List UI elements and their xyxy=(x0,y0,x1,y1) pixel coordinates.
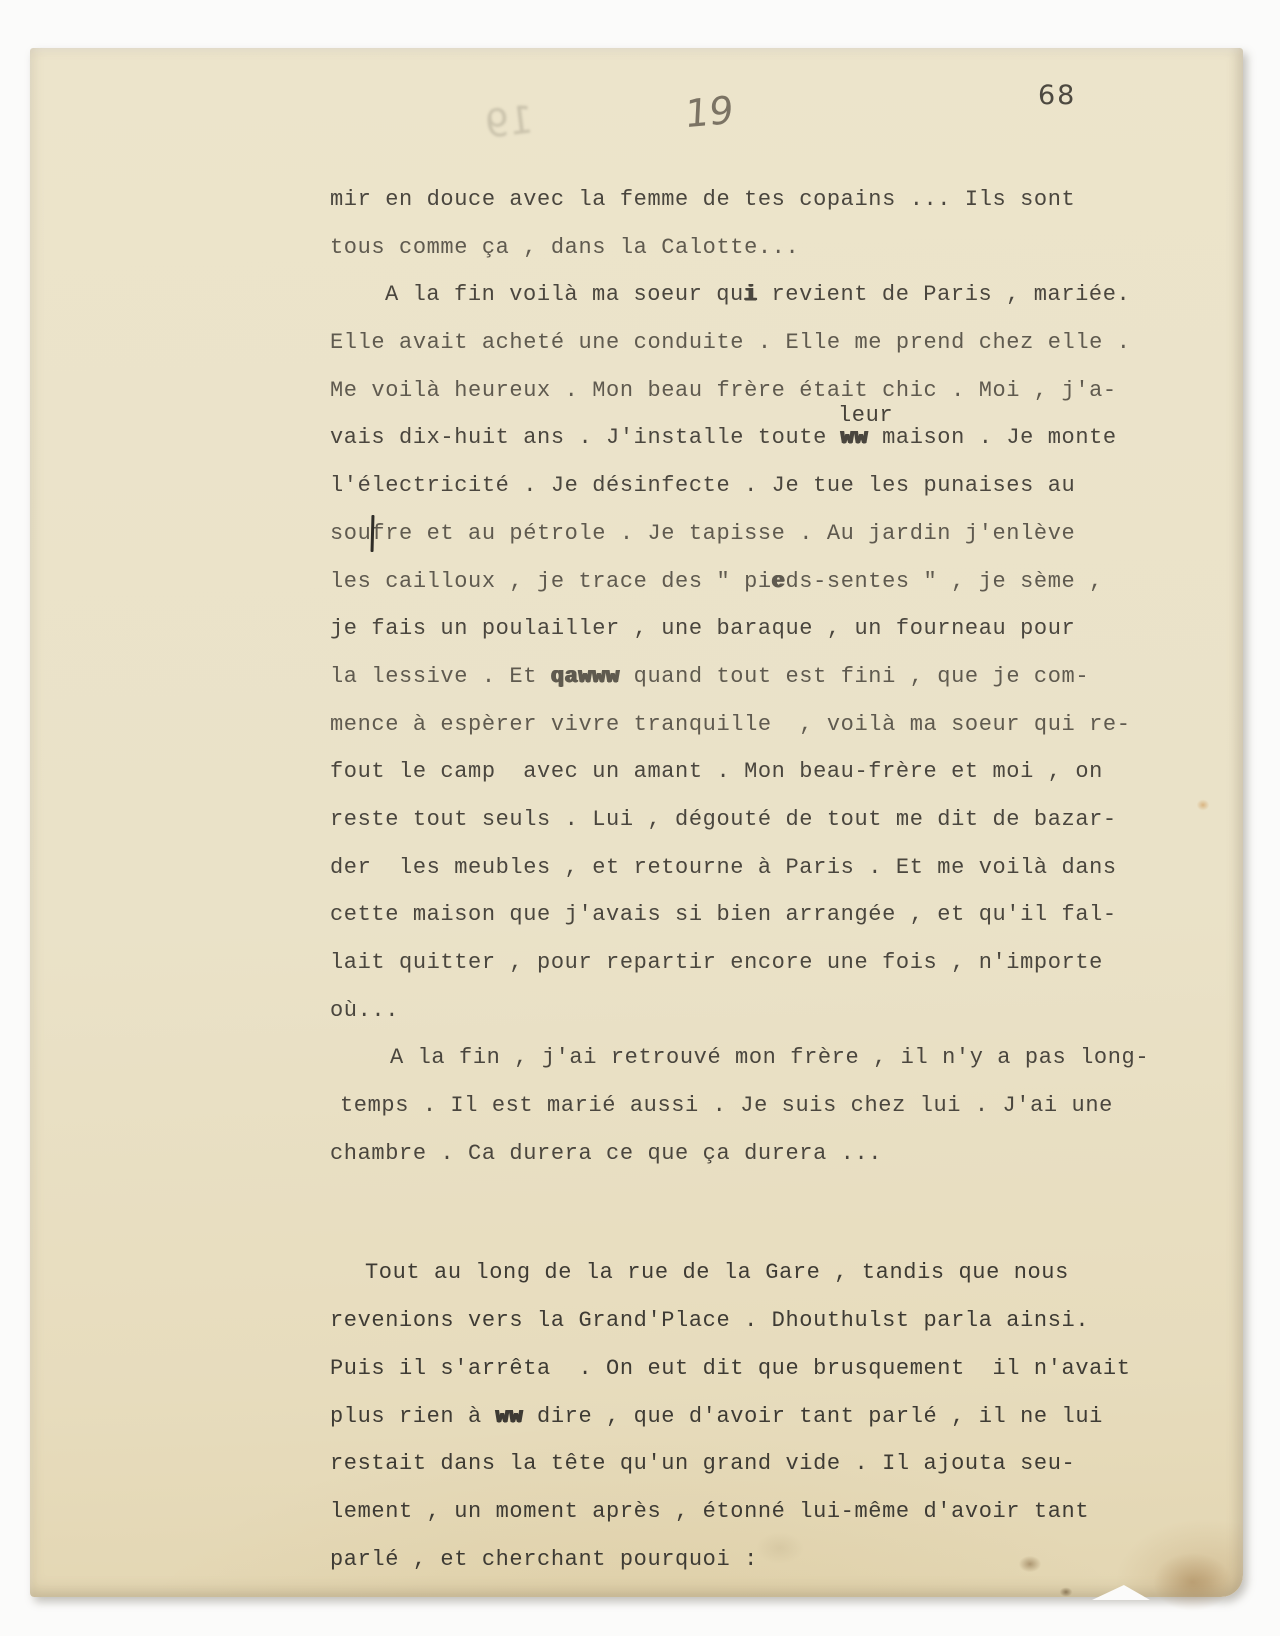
typed-line: vais dix-huit ans . J'installe toute ww … xyxy=(330,414,1240,462)
typed-text: Elle avait acheté une conduite . Elle me… xyxy=(330,330,1131,355)
typed-text: Me voilà heureux . Mon beau frère était … xyxy=(330,378,1117,403)
overstruck-text: ww xyxy=(841,425,869,450)
scanner-background: { "page": { "typed_page_number": "68", "… xyxy=(0,0,1280,1636)
handwritten-insertion: leur xyxy=(838,403,893,428)
paragraph: mir en douce avec la femme de tes copain… xyxy=(330,176,1240,1177)
typed-text: Puis il s'arrêta . On eut dit que brusqu… xyxy=(330,1356,1131,1381)
overstruck-text: qawww xyxy=(551,664,620,689)
typed-text: vais dix-huit ans . J'installe toute xyxy=(330,425,841,450)
typed-text: restait dans la tête qu'un grand vide . … xyxy=(330,1451,1075,1476)
typed-line: parlé , et cherchant pourquoi : xyxy=(330,1536,1240,1584)
typed-line: Puis il s'arrêta . On eut dit que brusqu… xyxy=(330,1345,1240,1393)
typed-text: lement , un moment après , étonné lui-mê… xyxy=(330,1499,1089,1524)
typed-line: plus rien à ww dire , que d'avoir tant p… xyxy=(330,1393,1240,1441)
typed-line: tous comme ça , dans la Calotte... xyxy=(330,224,1240,272)
typed-line: Me voilà heureux . Mon beau frère était … xyxy=(330,367,1240,415)
typed-text: lait quitter , pour repartir encore une … xyxy=(330,950,1103,975)
typed-line: Tout au long de la rue de la Gare , tand… xyxy=(330,1249,1240,1297)
typed-text: tous comme ça , dans la Calotte... xyxy=(330,235,799,260)
overstruck-text: e xyxy=(772,569,786,594)
paragraph: Tout au long de la rue de la Gare , tand… xyxy=(330,1249,1240,1583)
typed-text: mir en douce avec la femme de tes copain… xyxy=(330,187,1075,212)
typed-text: A la fin voilà ma soeur qu xyxy=(385,282,744,307)
typed-text: soufre et au pétrole . Je tapisse . Au j… xyxy=(330,521,1075,546)
typed-text: ds-sentes " , je sème , xyxy=(785,569,1102,594)
typed-text: dire , que d'avoir tant parlé , il ne lu… xyxy=(523,1404,1103,1429)
typed-line: je fais un poulailler , une baraque , un… xyxy=(330,605,1240,653)
typed-line: A la fin voilà ma soeur qui revient de P… xyxy=(330,271,1240,319)
typed-line: lement , un moment après , étonné lui-mê… xyxy=(330,1488,1240,1536)
typed-line: l'électricité . Je désinfecte . Je tue l… xyxy=(330,462,1240,510)
typed-line: A la fin , j'ai retrouvé mon frère , il … xyxy=(330,1034,1240,1082)
typed-line: fout le camp avec un amant . Mon beau-fr… xyxy=(330,748,1240,796)
text-area: mir en douce avec la femme de tes copain… xyxy=(330,176,1240,1583)
age-stain xyxy=(1058,1586,1074,1598)
typed-text: revenions vers la Grand'Place . Dhouthul… xyxy=(330,1308,1089,1333)
manuscript-page: 68 19 19 mir en douce avec la femme de t… xyxy=(30,48,1243,1597)
typed-text: la lessive . Et xyxy=(330,664,551,689)
typed-line: der les meubles , et retourne à Paris . … xyxy=(330,844,1240,892)
typed-text: reste tout seuls . Lui , dégouté de tout… xyxy=(330,807,1117,832)
typed-line: lait quitter , pour repartir encore une … xyxy=(330,939,1240,987)
typed-line: cette maison que j'avais si bien arrangé… xyxy=(330,891,1240,939)
typed-text: Tout au long de la rue de la Gare , tand… xyxy=(365,1260,1069,1285)
typed-text: der les meubles , et retourne à Paris . … xyxy=(330,855,1117,880)
typed-text: A la fin , j'ai retrouvé mon frère , il … xyxy=(390,1045,1149,1070)
typed-line: mir en douce avec la femme de tes copain… xyxy=(330,176,1240,224)
typed-text: les cailloux , je trace des " pi xyxy=(330,569,772,594)
typed-text: maison . Je monte xyxy=(868,425,1116,450)
typed-line: restait dans la tête qu'un grand vide . … xyxy=(330,1440,1240,1488)
typed-line: Elle avait acheté une conduite . Elle me… xyxy=(330,319,1240,367)
typed-text: revient de Paris , mariée. xyxy=(758,282,1131,307)
typed-line: temps . Il est marié aussi . Je suis che… xyxy=(330,1082,1240,1130)
typed-text: chambre . Ca durera ce que ça durera ... xyxy=(330,1141,882,1166)
pencil-page-number: 19 xyxy=(684,88,735,137)
typed-text: quand tout est fini , que je com- xyxy=(620,664,1089,689)
typed-text: l'électricité . Je désinfecte . Je tue l… xyxy=(330,473,1075,498)
typed-text: où... xyxy=(330,998,399,1023)
typed-line: où... xyxy=(330,987,1240,1035)
typed-text: fout le camp avec un amant . Mon beau-fr… xyxy=(330,759,1103,784)
typed-page-number: 68 xyxy=(1038,80,1076,111)
typed-text: plus rien à xyxy=(330,1404,496,1429)
typed-line: revenions vers la Grand'Place . Dhouthul… xyxy=(330,1297,1240,1345)
typed-line: mence à espèrer vivre tranquille , voilà… xyxy=(330,701,1240,749)
typed-line: les cailloux , je trace des " pieds-sent… xyxy=(330,558,1240,606)
typed-line: reste tout seuls . Lui , dégouté de tout… xyxy=(330,796,1240,844)
overstruck-text: ww xyxy=(496,1404,524,1429)
paper-tear xyxy=(1092,1585,1150,1600)
typed-text: cette maison que j'avais si bien arrangé… xyxy=(330,902,1117,927)
typed-line: soufre et au pétrole . Je tapisse . Au j… xyxy=(330,510,1240,558)
overstruck-text: i xyxy=(744,282,758,307)
typed-text: mence à espèrer vivre tranquille , voilà… xyxy=(330,712,1131,737)
typed-text: parlé , et cherchant pourquoi : xyxy=(330,1547,758,1572)
typed-line: la lessive . Et qawww quand tout est fin… xyxy=(330,653,1240,701)
bleedthrough-numeral: 19 xyxy=(482,97,535,147)
typed-text: temps . Il est marié aussi . Je suis che… xyxy=(340,1093,1113,1118)
typed-text: je fais un poulailler , une baraque , un… xyxy=(330,616,1075,641)
typed-line: chambre . Ca durera ce que ça durera ... xyxy=(330,1130,1240,1178)
